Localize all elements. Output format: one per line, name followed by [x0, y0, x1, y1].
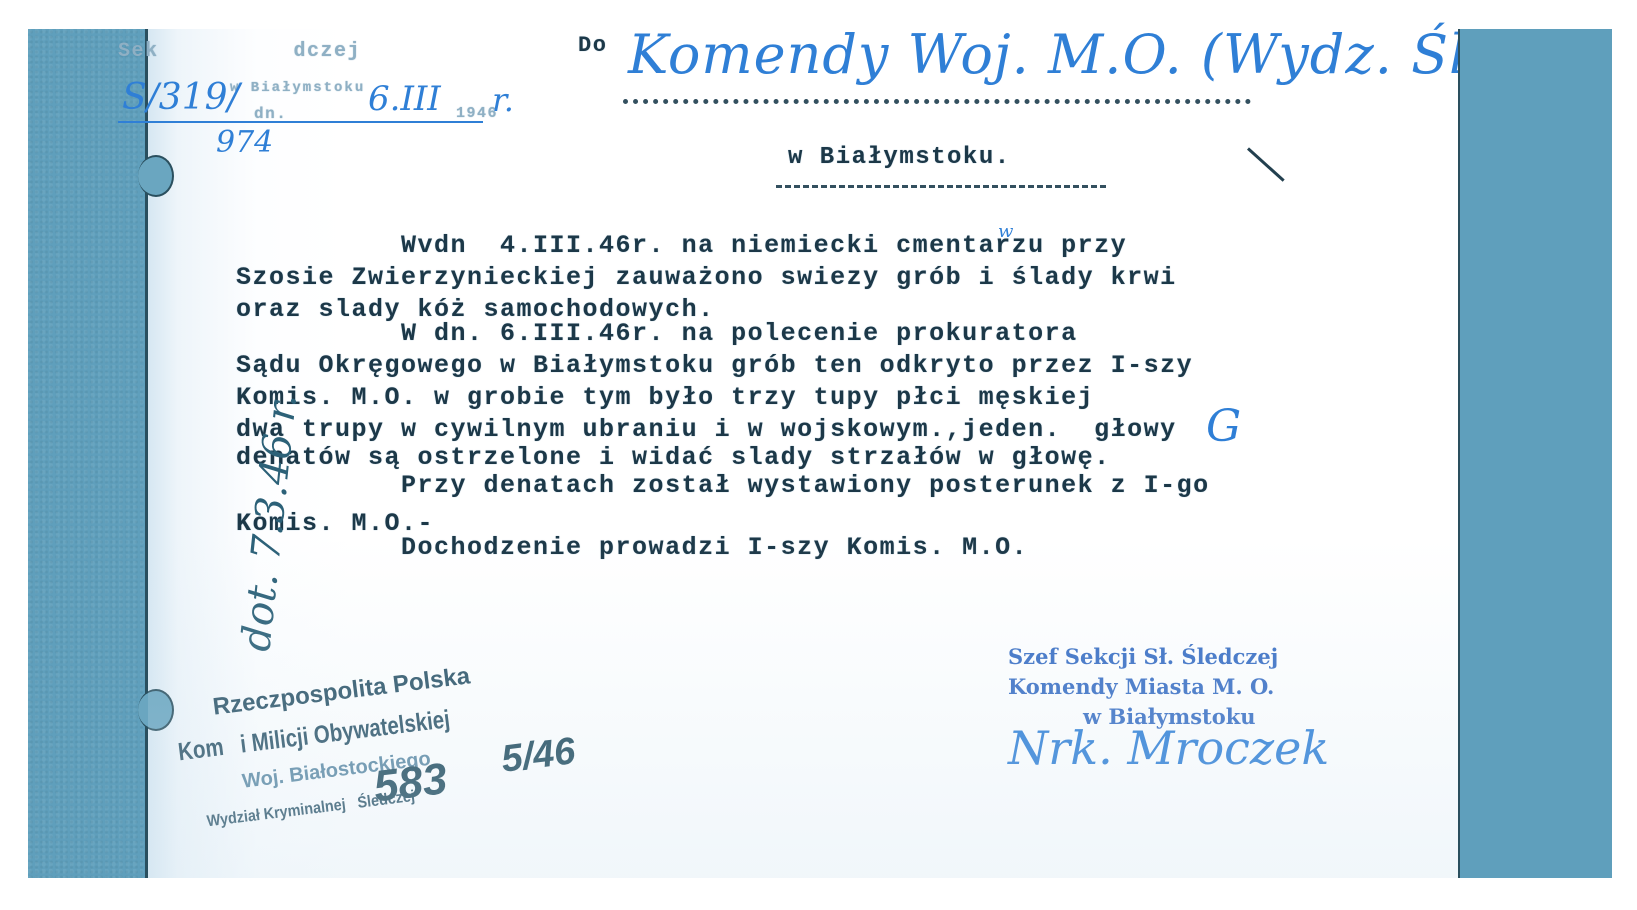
- date-label: dn.: [254, 99, 287, 129]
- letter-paper: Sek dczej w Białymstoku S/319/ 974 dn. 6…: [145, 29, 1490, 878]
- city-underline: [776, 185, 1106, 188]
- official-stamp: Rzeczpospolita Polska Kom i Milicji Obyw…: [168, 618, 610, 878]
- margin-tick-mark: [1247, 147, 1285, 181]
- addressee-handwritten: Komendy Woj. M.O. (Wydz. Śled.): [628, 23, 1576, 86]
- body-line-11: Dochodzenie prowadzi I-szy Komis. M.O.: [236, 533, 1028, 563]
- year-suffix: r.: [492, 81, 514, 119]
- body-line-6: Komis. M.O. w grobie tym było trzy tupy …: [236, 383, 1094, 413]
- body-line-7: dwa trupy w cywilnym ubraniu i w wojskow…: [236, 415, 1177, 445]
- punch-hole-top: [138, 155, 174, 197]
- body-line-5: Sądu Okręgowego w Białymstoku grób ten o…: [236, 351, 1193, 381]
- signature-line1: Szef Sekcji Sł. Śledczej: [1008, 643, 1278, 671]
- date-handwritten: 6.III: [368, 79, 441, 119]
- sender-stamp-line2: w Białymstoku: [230, 73, 365, 103]
- handwritten-insert-w: w: [998, 221, 1013, 242]
- stamp-fraction: 5/46: [499, 730, 578, 782]
- body-line-2: Szosie Zwierzynieckiej zauważono swiezy …: [236, 263, 1177, 293]
- scanner-edge-right: [1458, 29, 1612, 878]
- reference-number: S/319/: [122, 77, 240, 118]
- reference-sub: 974: [216, 125, 273, 160]
- body-line-4: W dn. 6.III.46r. na polecenie prokurator…: [236, 319, 1078, 349]
- signature-line2: Komendy Miasta M. O.: [1008, 673, 1274, 701]
- body-line-9: Przy denatach został wystawiony posterun…: [236, 471, 1210, 501]
- punch-hole-bottom: [138, 689, 174, 731]
- handwritten-signature: Nrk. Mroczek: [1008, 721, 1329, 775]
- reference-rule: [118, 121, 483, 123]
- addressee-city: w Białymstoku.: [788, 143, 1011, 173]
- addressee-dotted-line: [623, 99, 1251, 104]
- addressee-prefix: Do: [578, 31, 607, 61]
- body-line-1: Wvdn 4.III.46r. na niemiecki cmentarzu p…: [236, 231, 1127, 261]
- handwritten-insert-g: G: [1206, 401, 1241, 452]
- sender-stamp-line1: Sek dczej: [118, 37, 361, 67]
- stamp-number: 583: [371, 754, 450, 813]
- scanned-document: Sek dczej w Białymstoku S/319/ 974 dn. 6…: [28, 29, 1610, 878]
- body-line-8: denatów są ostrzelone i widać slady strz…: [236, 443, 1111, 473]
